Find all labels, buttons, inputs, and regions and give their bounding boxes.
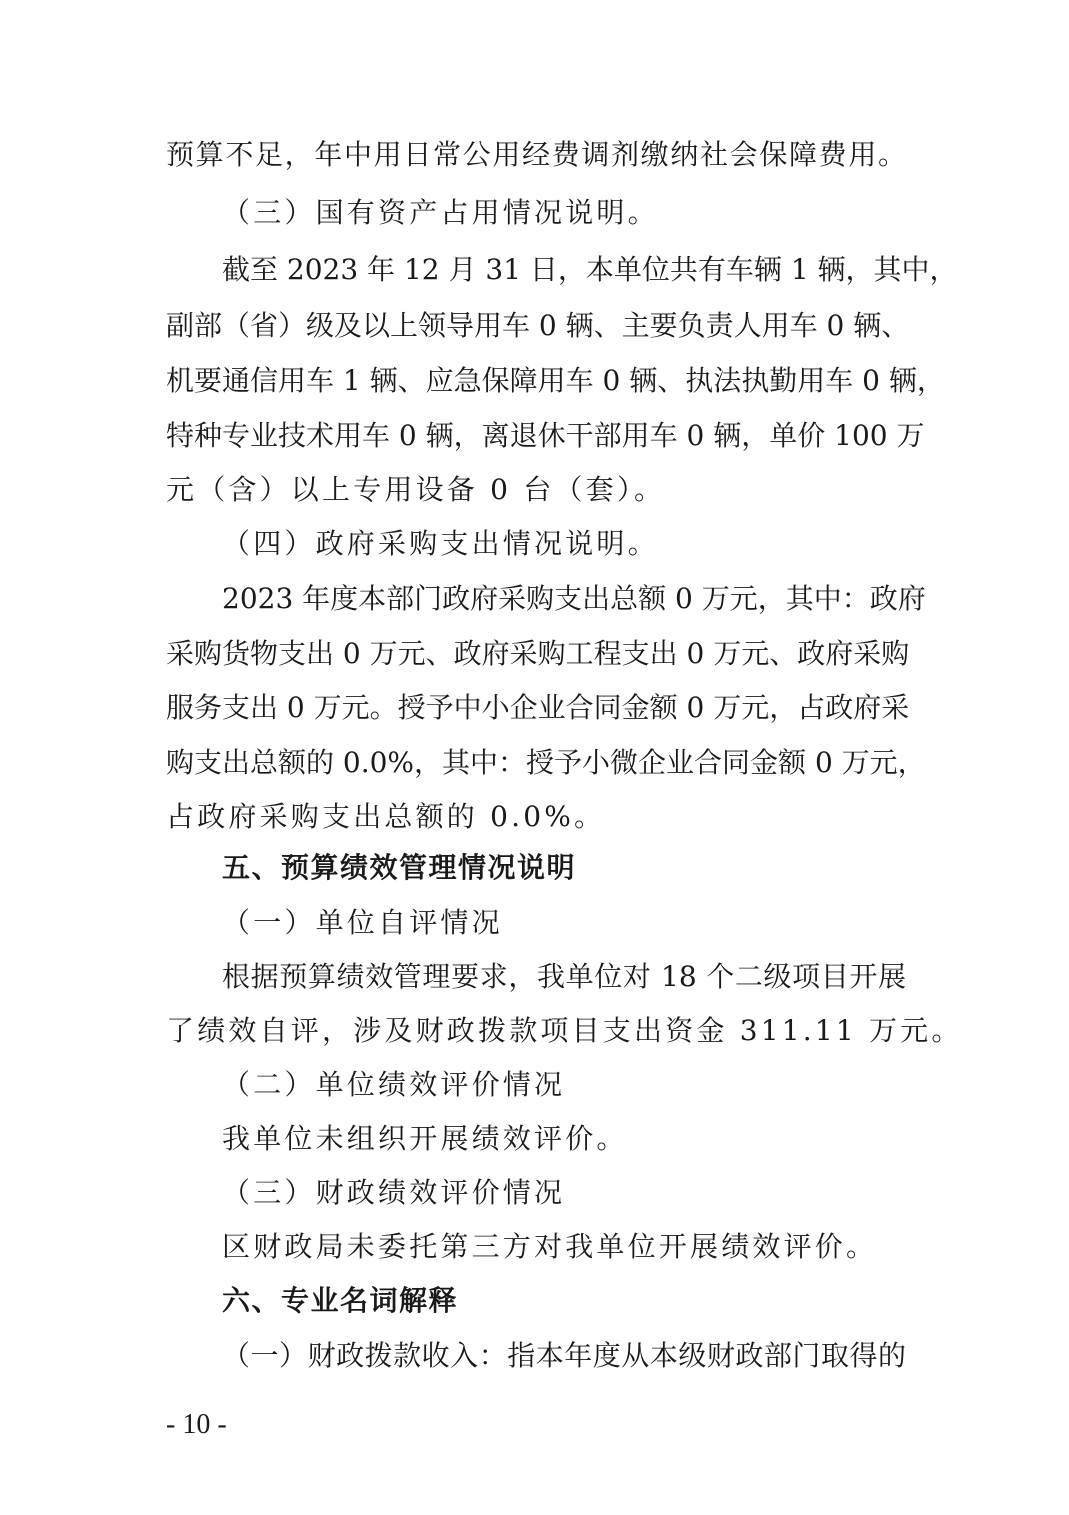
paragraph-line: 占政府采购支出总额的 0.0%。: [166, 800, 906, 834]
section-heading-performance: 五、预算绩效管理情况说明: [222, 851, 906, 885]
page-number: - 10 -: [166, 1408, 227, 1442]
paragraph-line: 元（含）以上专用设备 0 台（套）。: [166, 473, 906, 507]
subsection-heading-self-evaluation: （一）单位自评情况: [222, 906, 906, 940]
paragraph-line: 了绩效自评，涉及财政拨款项目支出资金 311.11 万元。: [166, 1014, 906, 1048]
subsection-heading-fiscal-evaluation: （三）财政绩效评价情况: [222, 1176, 906, 1210]
paragraph-line: 特种专业技术用车 0 辆，离退休干部用车 0 辆，单价 100 万: [166, 419, 906, 453]
paragraph-line: 截至 2023 年 12 月 31 日，本单位共有车辆 1 辆，其中，: [222, 253, 906, 287]
paragraph-line: 根据预算绩效管理要求，我单位对 18 个二级项目开展: [222, 960, 906, 994]
paragraph-line: 服务支出 0 万元。授予中小企业合同金额 0 万元，占政府采: [166, 691, 906, 725]
paragraph-line: 副部（省）级及以上领导用车 0 辆、主要负责人用车 0 辆、: [166, 309, 906, 343]
subsection-heading-unit-evaluation: （二）单位绩效评价情况: [222, 1068, 906, 1102]
paragraph-line: 预算不足，年中用日常公用经费调剂缴纳社会保障费用。: [166, 138, 906, 172]
document-page: 预算不足，年中用日常公用经费调剂缴纳社会保障费用。 （三）国有资产占用情况说明。…: [0, 0, 1069, 1515]
subsection-heading-procurement: （四）政府采购支出情况说明。: [222, 527, 906, 561]
paragraph-line: 购支出总额的 0.0%，其中：授予小微企业合同金额 0 万元，: [166, 746, 906, 780]
paragraph-line: 区财政局未委托第三方对我单位开展绩效评价。: [222, 1230, 906, 1264]
paragraph-line: （一）财政拨款收入：指本年度从本级财政部门取得的: [222, 1339, 906, 1373]
paragraph-line: 我单位未组织开展绩效评价。: [222, 1122, 906, 1156]
section-heading-glossary: 六、专业名词解释: [222, 1284, 906, 1318]
paragraph-line: 2023 年度本部门政府采购支出总额 0 万元，其中：政府: [222, 582, 906, 616]
subsection-heading-state-assets: （三）国有资产占用情况说明。: [222, 196, 906, 230]
paragraph-line: 机要通信用车 1 辆、应急保障用车 0 辆、执法执勤用车 0 辆，: [166, 364, 906, 398]
paragraph-line: 采购货物支出 0 万元、政府采购工程支出 0 万元、政府采购: [166, 637, 906, 671]
